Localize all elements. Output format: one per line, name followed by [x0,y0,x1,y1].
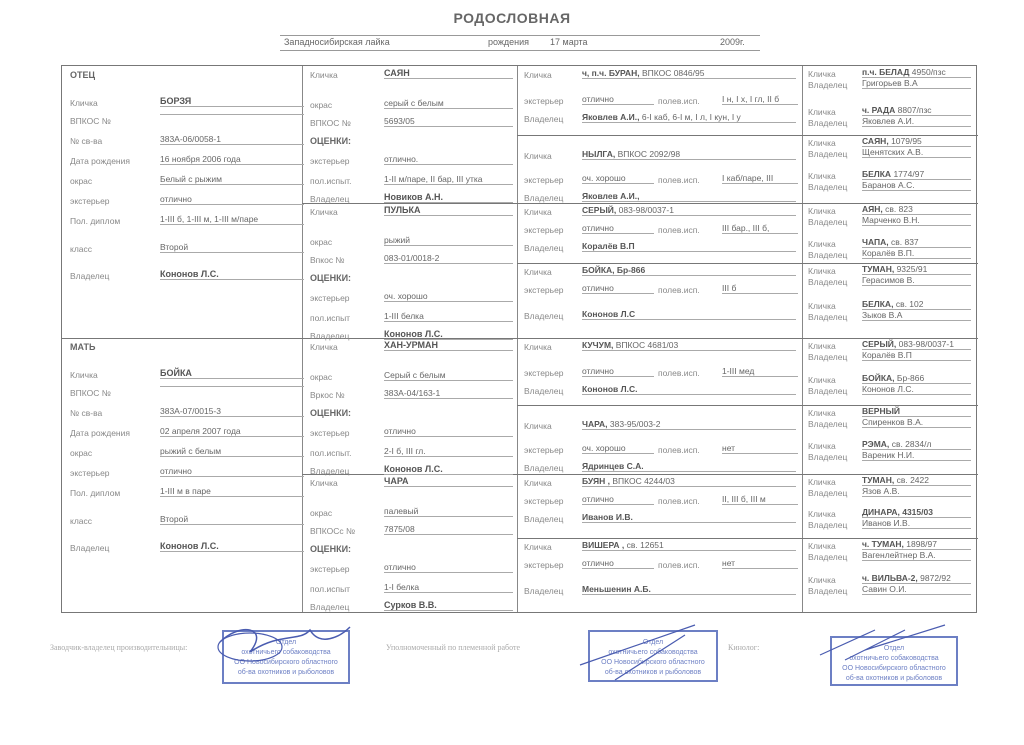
dog-name: п.ч. БЕЛАД [862,67,909,77]
birth-year: 2009г. [720,37,745,47]
owner-value: Яковлев А.И., [582,191,796,202]
owner-label: Владелец [524,386,563,396]
reg-number: св. 823 [885,204,913,214]
name-value: ЧАПА, св. 837 [862,237,971,248]
field-trial-value: нет [722,443,798,454]
name-label: Кличка [808,375,836,385]
name-label: Кличка [524,70,552,80]
field-label: № св-ва [70,136,102,146]
reg-number: св. 2834/л [892,439,932,449]
field-label: ВПКОС № [70,116,111,126]
signature-scribble [575,620,705,690]
ratings-label: ОЦЕНКИ: [310,273,351,283]
owner-label: Владелец [524,243,563,253]
owner-label: Владелец [310,466,349,476]
field-value: рыжий с белым [160,446,304,457]
color-label: окрас [310,372,332,382]
owner-value: Баранов А.С. [862,180,971,191]
field-label: Кличка [70,370,98,380]
name-value: НЫЛГА, ВПКОС 2092/98 [582,149,796,160]
owner-label: Владелец [808,552,847,562]
owner-value: Яковлев А.И., 6-I каб, 6-I м, I л, I кун… [582,112,796,123]
dog-name: ТУМАН, [862,475,894,485]
name-value: ВИШЕРА , св. 12651 [582,540,796,551]
reg-number: 9325/91 [897,264,928,274]
owner-name: Ядринцев С.А. [582,461,644,471]
reg-number: ВПКОС 4244/03 [612,476,674,486]
field-trial-value: III б [722,283,798,294]
field-label: Владелец [70,543,109,553]
field-label: экстерьер [70,468,110,478]
field-value: Кононов Л.С. [160,269,304,280]
dog-name: ВИШЕРА , [582,540,624,550]
owner-value: Вагенлейтнер В.А. [862,550,971,561]
color-value: палевый [384,506,513,517]
name-value: ВЕРНЫЙ [862,406,971,417]
exterior-value: отлично [582,494,654,505]
field-trial-value: 1-I белка [384,582,513,593]
field-trial-value: нет [722,558,798,569]
field-value: 16 ноября 2006 года [160,154,304,165]
exterior-value: отлично [384,426,513,437]
owner-value: Марченко В.Н. [862,215,971,226]
field-label: № св-ва [70,408,102,418]
breed: Западносибирская лайка [284,37,390,47]
name-label: Кличка [524,267,552,277]
owner-label: Владелец [524,193,563,203]
owner-value: Сурков В.В. [384,600,513,611]
name-value: ч. ТУМАН, 1898/97 [862,539,971,550]
reg-number: 1898/97 [906,539,937,549]
reg-number: св. 12651 [627,540,664,550]
owner-label: Владелец [524,514,563,524]
exterior-label: экстерьер [524,175,564,185]
owner-value: Ядринцев С.А. [582,461,796,472]
name-label: Кличка [524,207,552,217]
owner-name: Кононов Л.С [582,309,635,319]
field-trial-value: I каб/паре, III [722,173,798,184]
name-label: Кличка [524,342,552,352]
name-label: Кличка [808,441,836,451]
owner-value: Кононов Л.С [582,309,796,320]
reg-number: ВПКОС 4681/03 [616,340,678,350]
dog-name: БЕЛКА, [862,299,893,309]
dog-name: СЕРЫЙ, [582,205,616,215]
dog-name: БУЯН , [582,476,610,486]
owner-value: Коралёв В.П. [862,248,971,259]
owner-label: Владелец [808,586,847,596]
field-value: 383А-07/0015-3 [160,406,304,417]
name-label: Кличка [524,478,552,488]
field-trial-value: 1-II м/паре, II бар, III утка [384,174,513,185]
name-value: АЯН, св. 823 [862,204,971,215]
field-trial-label: пол.испыт. [310,448,352,458]
reg-label: ВПКОСс № [310,526,355,536]
reg-number: 1774/97 [893,169,924,179]
owner-label: Владелец [310,331,349,341]
field-trial-label: полев.исп. [658,285,700,295]
field-trial-label: полев.исп. [658,368,700,378]
field-label: Кличка [70,98,98,108]
field-value: Кононов Л.С. [160,541,304,552]
owner-label: Владелец [808,118,847,128]
owner-label: Владелец [310,194,349,204]
name-label: Кличка [808,239,836,249]
field-trial-value: II, III б, III м [722,494,798,505]
owner-value: Яковлев А.И. [862,116,971,127]
exterior-label: экстерьер [310,564,350,574]
field-trial-value: 2-I б, III гл. [384,446,513,457]
field-label: Пол. диплом [70,216,120,226]
dog-name: ТУМАН, [862,264,894,274]
field-value: отлично [160,194,304,205]
cynologist-signature-label: Кинолог: [728,643,759,652]
owner-name: Яковлев А.И., [582,191,640,201]
name-value: ч. РАДА 8807/пзс [862,105,971,116]
name-label: Кличка [310,478,338,488]
dog-name: БЕЛКА [862,169,891,179]
field-trial-value: I н, I х, I гл, II б [722,94,798,105]
name-value: ч. ВИЛЬВА-2, 9872/92 [862,573,971,584]
reg-number: Бр-866 [897,373,924,383]
exterior-label: экстерьер [524,496,564,506]
field-label: Владелец [70,271,109,281]
field-trial-value: 1-III мед [722,366,798,377]
name-value: РЭМА, св. 2834/л [862,439,971,450]
color-value: серый с белым [384,98,513,109]
name-label: Кличка [808,107,836,117]
name-label: Кличка [524,542,552,552]
owner-value: Кононов Л.С. [384,464,513,475]
reg-number: 8807/пзс [898,105,932,115]
owner-label: Владелец [808,419,847,429]
owner-label: Владелец [524,311,563,321]
name-label: Кличка [310,342,338,352]
field-value: Белый с рыжим [160,174,304,185]
reg-number: ВПКОС 0846/95 [642,68,704,78]
owner-label: Владелец [524,463,563,473]
reg-number: 1079/95 [891,136,922,146]
owner-value: Щенятских А.В. [862,147,971,158]
exterior-value: оч. хорошо [582,173,654,184]
color-label: окрас [310,237,332,247]
exterior-value: оч. хорошо [384,291,513,302]
reg-value: 383А-04/163-1 [384,388,513,399]
name-label: Кличка [310,207,338,217]
name-value: ч, п.ч. БУРАН, ВПКОС 0846/95 [582,68,796,79]
owner-label: Владелец [524,586,563,596]
field-value: БОЙКА [160,368,304,379]
name-value: КУЧУМ, ВПКОС 4681/03 [582,340,796,351]
owner-label: Владелец [808,312,847,322]
owner-label: Владелец [524,114,563,124]
owner-label: Владелец [808,182,847,192]
field-value [160,386,304,387]
field-value [160,114,304,115]
name-label: Кличка [808,138,836,148]
signature-scribble [815,620,955,670]
exterior-label: экстерьер [310,156,350,166]
dog-name: ДИНАРА, 4315/03 [862,507,933,517]
owner-label: Владелец [808,80,847,90]
name-value: БЕЛКА 1774/97 [862,169,971,180]
owner-value: Язов А.В. [862,486,971,497]
name-value: ХАН-УРМАН [384,340,513,351]
owner-label: Владелец [808,277,847,287]
owner-label: Владелец [808,217,847,227]
name-prefix: ч, п.ч. [582,68,606,78]
owner-label: Владелец [808,452,847,462]
reg-number: 383-95/003-2 [610,419,661,429]
reg-value: 7875/08 [384,524,513,535]
exterior-value: отлично. [384,154,513,165]
reg-label: ВПКОС № [310,118,351,128]
owner-label: Владелец [808,520,847,530]
owner-name: Иванов И.В. [582,512,633,522]
owner-value: Коралёв В.П [862,350,971,361]
name-label: Кличка [808,69,836,79]
reg-number: 083-98/0037-1 [899,339,954,349]
owner-name: Коралёв В.П [582,241,635,251]
name-value: ЧАРА, 383-95/003-2 [582,419,796,430]
reg-number: св. 2422 [897,475,929,485]
field-value: 02 апреля 2007 года [160,426,304,437]
field-label: окрас [70,176,92,186]
owner-name: Кононов Л.С. [582,384,637,394]
name-label: Кличка [808,575,836,585]
name-label: Кличка [808,171,836,181]
field-label: Дата рождения [70,428,130,438]
name-label: Кличка [524,151,552,161]
owner-value: Иванов И.В. [862,518,971,529]
name-label: Кличка [808,408,836,418]
field-value: отлично [160,466,304,477]
name-label: Кличка [808,206,836,216]
dog-name: РЭМА, [862,439,889,449]
reg-value: 083-01/0018-2 [384,253,513,264]
color-label: окрас [310,100,332,110]
color-label: окрас [310,508,332,518]
name-value: ЧАРА [384,476,513,487]
field-trial-label: полев.исп. [658,445,700,455]
reg-label: Впкос № [310,255,345,265]
dog-name: НЫЛГА, [582,149,615,159]
owner-value: Савин О.И. [862,584,971,595]
name-label: Кличка [808,477,836,487]
signature-scribble [210,622,360,672]
color-value: Серый с белым [384,370,513,381]
owner-label: Владелец [310,602,349,612]
field-trial-label: пол.испыт. [310,176,352,186]
dog-name: ЧАПА, [862,237,889,247]
name-value: ТУМАН, 9325/91 [862,264,971,275]
exterior-value: оч. хорошо [582,443,654,454]
dog-name: ЧАРА, [582,419,608,429]
dog-name: АЯН, [862,204,883,214]
breed-line: Западносибирская лайка рождения 17 марта… [280,35,760,51]
owner-label: Владелец [808,250,847,260]
name-value: БОЙКА, Бр-866 [582,265,796,276]
name-label: Кличка [808,341,836,351]
dog-name: ч. РАДА [862,105,895,115]
owner-name: Меньшенин А.Б. [582,584,651,594]
field-value: Второй [160,242,304,253]
name-value: САЯН [384,68,513,79]
name-value: ТУМАН, св. 2422 [862,475,971,486]
exterior-value: отлично [582,558,654,569]
exterior-label: экстерьер [524,560,564,570]
ratings-label: ОЦЕНКИ: [310,544,351,554]
exterior-value: отлично [582,223,654,234]
exterior-label: экстерьер [310,428,350,438]
name-label: Кличка [808,301,836,311]
field-trial-label: полев.исп. [658,96,700,106]
name-value: п.ч. БЕЛАД 4950/пзс [862,67,971,78]
reg-number: 4950/пзс [912,67,946,77]
dog-name: САЯН, [862,136,889,146]
owner-label: Владелец [808,149,847,159]
name-label: Кличка [808,509,836,519]
dog-name: БОЙКА, [862,373,895,383]
field-label: класс [70,244,92,254]
field-value: 383А-06/0058-1 [160,134,304,145]
owner-value: Кононов Л.С. [384,329,513,340]
ratings-label: ОЦЕНКИ: [310,136,351,146]
owner-value: Кононов Л.С. [862,384,971,395]
dog-name: КУЧУМ, [582,340,613,350]
color-value: рыжий [384,235,513,246]
name-value: СЕРЫЙ, 083-98/0037-1 [582,205,796,216]
dog-name: ч. ВИЛЬВА-2, [862,573,918,583]
exterior-value: отлично [582,366,654,377]
reg-number: св. 102 [896,299,924,309]
exterior-label: экстерьер [524,368,564,378]
reg-number: 083-98/0037-1 [619,205,674,215]
exterior-value: отлично [384,562,513,573]
field-label: класс [70,516,92,526]
name-value: БУЯН , ВПКОС 4244/03 [582,476,796,487]
owner-value: Григорьев В.А [862,78,971,89]
owner-value: Спиренков В.А. [862,417,971,428]
reg-number: 9872/92 [920,573,951,583]
breeder-signature-label: Заводчик-владелец производительницы: [50,643,187,652]
field-label: Дата рождения [70,156,130,166]
field-value: БОРЗЯ [160,96,304,107]
exterior-label: экстерьер [524,285,564,295]
ratings-label: ОЦЕНКИ: [310,408,351,418]
owner-extra: 6-I каб, 6-I м, I л, I кун, I у [642,112,741,122]
birth-label: рождения [488,37,529,47]
breeding-rep-signature-label: Уполномоченный по племенной работе [386,643,520,652]
owner-label: Владелец [808,352,847,362]
name-label: Кличка [808,541,836,551]
mother-header: МАТЬ [70,342,96,352]
field-label: окрас [70,448,92,458]
owner-value: Герасимов В. [862,275,971,286]
name-value: БЕЛКА, св. 102 [862,299,971,310]
name-value: ДИНАРА, 4315/03 [862,507,971,518]
owner-value: Вареник Н.И. [862,450,971,461]
name-value: СЕРЫЙ, 083-98/0037-1 [862,339,971,350]
name-value: ПУЛЬКА [384,205,513,216]
exterior-label: экстерьер [524,445,564,455]
dog-name: СЕРЫЙ, [862,339,896,349]
exterior-label: экстерьер [310,293,350,303]
exterior-label: экстерьер [524,225,564,235]
field-value: 1-III б, 1-III м, 1-III м/паре [160,214,304,225]
exterior-label: экстерьер [524,96,564,106]
field-label: ВПКОС № [70,388,111,398]
name-label: Кличка [524,421,552,431]
reg-number: св. 837 [891,237,919,247]
field-label: Пол. диплом [70,488,120,498]
birth-day-month: 17 марта [550,37,588,47]
owner-value: Новиков А.Н. [384,192,513,203]
name-value: БОЙКА, Бр-866 [862,373,971,384]
page-title: РОДОСЛОВНАЯ [0,10,1024,26]
dog-name: БОЙКА, Бр-866 [582,265,645,275]
dog-name: ч. ТУМАН, [862,539,904,549]
pedigree-grid: ОТЕЦКличкаБОРЗЯВПКОС №№ св-ва383А-06/005… [61,65,977,613]
field-trial-label: пол.испыт [310,584,350,594]
name-label: Кличка [310,70,338,80]
exterior-value: отлично [582,94,654,105]
field-trial-label: пол.испыт [310,313,350,323]
dog-name: БУРАН, [609,68,640,78]
owner-value: Кононов Л.С. [582,384,796,395]
owner-label: Владелец [808,488,847,498]
field-label: экстерьер [70,196,110,206]
field-trial-value: 1-III белка [384,311,513,322]
owner-value: Меньшенин А.Б. [582,584,796,595]
owner-name: Яковлев А.И., [582,112,640,122]
father-header: ОТЕЦ [70,70,95,80]
owner-value: Иванов И.В. [582,512,796,523]
reg-label: Вркос № [310,390,345,400]
field-trial-label: полев.исп. [658,496,700,506]
reg-value: 5693/05 [384,116,513,127]
owner-label: Владелец [808,386,847,396]
field-value: Второй [160,514,304,525]
field-trial-label: полев.исп. [658,225,700,235]
exterior-value: отлично [582,283,654,294]
field-trial-label: полев.исп. [658,175,700,185]
reg-number: ВПКОС 2092/98 [618,149,680,159]
field-value: 1-III м в паре [160,486,304,497]
field-trial-value: III бар., III б, [722,223,798,234]
dog-name: ВЕРНЫЙ [862,406,900,416]
owner-value: Зыков В.А [862,310,971,321]
name-value: САЯН, 1079/95 [862,136,971,147]
name-label: Кличка [808,266,836,276]
owner-value: Коралёв В.П [582,241,796,252]
field-trial-label: полев.исп. [658,560,700,570]
